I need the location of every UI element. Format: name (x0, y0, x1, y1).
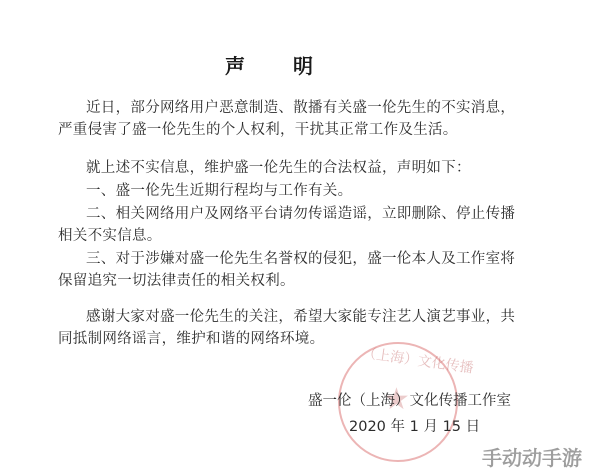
signature-organization: 盛一伦（上海）文化传播工作室 (308, 389, 511, 410)
statement-item-3-line-2: 保留追究一切法律责任的相关权利。 (58, 269, 295, 290)
paragraph-3-line-1: 感谢大家对盛一伦先生的关注，希望大家能专注艺人演艺事业，共 (86, 305, 515, 326)
watermark-logo: 手动动手游 (482, 442, 582, 471)
signature-date: 2020 年 1 月 15 日 (349, 415, 480, 436)
paragraph-1-line-2: 严重侵害了盛一伦先生的个人权利，干扰其正常工作及生活。 (58, 118, 458, 139)
statement-document: 声 明 近日，部分网络用户恶意制造、散播有关盛一伦先生的不实消息， 严重侵害了盛… (0, 0, 594, 475)
paragraph-3-line-2: 同抵制网络谣言，维护和谐的网络环境。 (58, 327, 324, 348)
statement-item-3-line-1: 三、对于涉嫌对盛一伦先生名誉权的侵犯，盛一伦本人及工作室将 (86, 247, 515, 268)
paragraph-2-intro: 就上述不实信息，维护盛一伦先生的合法权益，声明如下： (86, 156, 471, 177)
statement-item-2-line-1: 二、相关网络用户及网络平台请勿传谣造谣，立即删除、停止传播 (86, 202, 515, 223)
document-title: 声 明 (0, 50, 552, 79)
paragraph-1-line-1: 近日，部分网络用户恶意制造、散播有关盛一伦先生的不实消息， (86, 96, 515, 117)
statement-item-2-line-2: 相关不实信息。 (58, 224, 162, 245)
statement-item-1: 一、盛一伦先生近期行程均与工作有关。 (86, 179, 352, 200)
